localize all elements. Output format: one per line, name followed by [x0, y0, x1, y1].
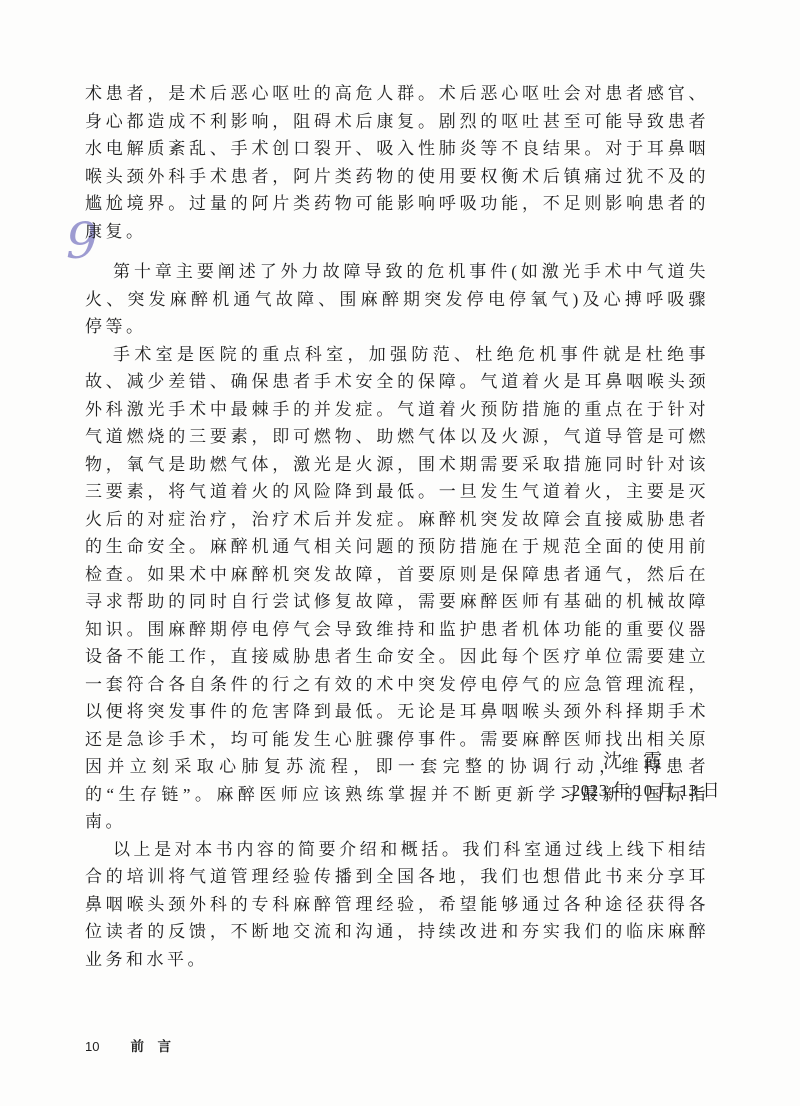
paragraph-closing-remarks: 以上是对本书内容的简要介绍和概括。我们科室通过线上线下相结合的培训将气道管理经验…: [85, 836, 709, 974]
preface-body: 术患者，是术后恶心呕吐的高危人群。术后恶心呕吐会对患者感官、身心都造成不利影响，…: [85, 80, 709, 973]
page-footer: 10 前 言: [85, 1035, 171, 1056]
signature-date: 2023 年 10 月 13 日: [572, 776, 720, 806]
paragraph-chapter10-summary: 第十章主要阐述了外力故障导致的危机事件(如激光手术中气道失火、突发麻醉机通气故障…: [85, 258, 709, 341]
paragraph-continuation: 术患者，是术后恶心呕吐的高危人群。术后恶心呕吐会对患者感官、身心都造成不利影响，…: [85, 80, 709, 245]
section-title: 前 言: [130, 1035, 171, 1055]
signature-block: 沈 霞 2023 年 10 月 13 日: [572, 747, 720, 806]
page-number: 10: [85, 1039, 99, 1054]
author-signature: 沈 霞: [572, 747, 720, 776]
book-page: 9 术患者，是术后恶心呕吐的高危人群。术后恶心呕吐会对患者感官、身心都造成不利影…: [0, 0, 800, 1106]
